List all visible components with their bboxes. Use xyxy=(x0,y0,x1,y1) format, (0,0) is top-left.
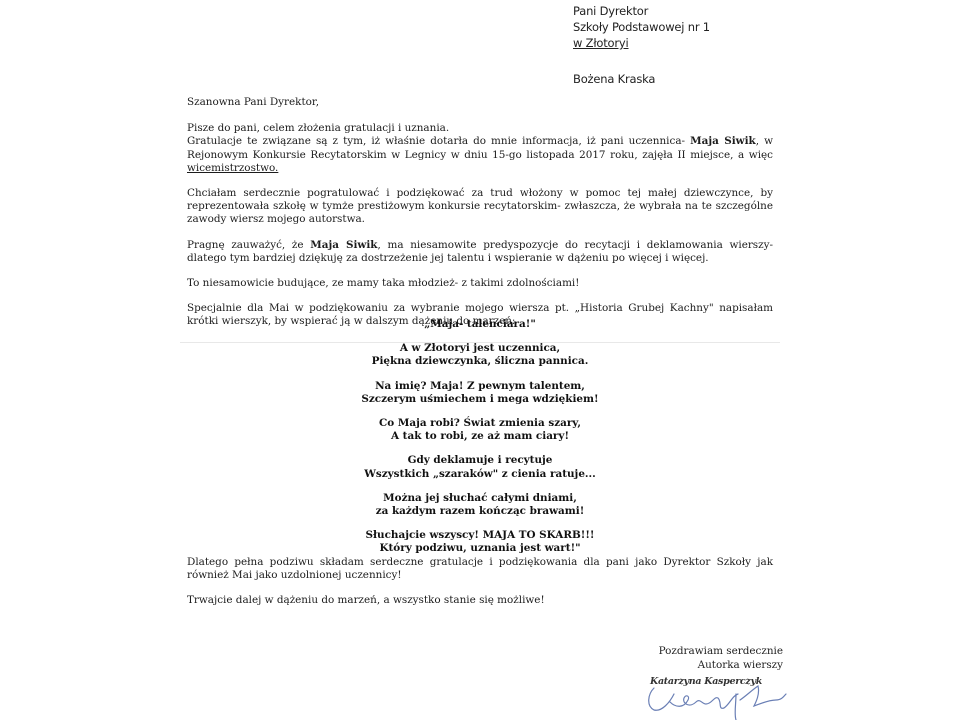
addressee-block: Pani Dyrektor Szkoły Podstawowej nr 1 w … xyxy=(573,3,710,87)
closing-paragraph-1: Dlatego pełna podziwu składam serdeczne … xyxy=(187,556,773,582)
poem-line: Słuchajcie wszyscy! MAJA TO SKARB!!! xyxy=(230,529,730,542)
poem-line: Co Maja robi? Świat zmienia szary, xyxy=(230,417,730,430)
signoff: Pozdrawiam serdecznie Autorka wierszy xyxy=(633,645,783,672)
poem-stanza: A w Złotoryi jest uczennica, Piękna dzie… xyxy=(230,342,730,368)
addressee-line-3: w Złotoryi xyxy=(573,35,710,51)
poem-line: A w Złotoryi jest uczennica, xyxy=(230,342,730,355)
paragraph-4: To niesamowicie budujące, ze mamy taka m… xyxy=(187,277,773,290)
poem-stanza: Na imię? Maja! Z pewnym talentem, Szczer… xyxy=(230,380,730,406)
poem-line: Piękna dziewczynka, śliczna pannica. xyxy=(230,355,730,368)
poem-line: Wszystkich „szaraków" z cienia ratuje... xyxy=(230,468,730,481)
paragraph-1: Pisze do pani, celem złożenia gratulacji… xyxy=(187,122,773,175)
letter-body: Szanowna Pani Dyrektor, Pisze do pani, c… xyxy=(187,96,773,341)
p1-opening: Pisze do pani, celem złożenia gratulacji… xyxy=(187,122,449,134)
p3-text-a: Pragnę zauważyć, że xyxy=(187,239,310,251)
student-name-2: Maja Siwik xyxy=(310,239,377,251)
poem-stanza: Gdy deklamuje i recytuje Wszystkich „sza… xyxy=(230,454,730,480)
signoff-role: Autorka wierszy xyxy=(633,659,783,673)
poem-line: Na imię? Maja! Z pewnym talentem, xyxy=(230,380,730,393)
poem-title: „Maja- talenciara!" xyxy=(230,318,730,331)
salutation: Szanowna Pani Dyrektor, xyxy=(187,96,773,109)
handwritten-signature-icon xyxy=(640,680,800,720)
award-title: wicemistrzostwo. xyxy=(187,162,278,174)
poem-line: Gdy deklamuje i recytuje xyxy=(230,454,730,467)
poem-line: Można jej słuchać całymi dniami, xyxy=(230,492,730,505)
sender-name: Bożena Kraska xyxy=(573,71,710,87)
paragraph-3: Pragnę zauważyć, że Maja Siwik, ma niesa… xyxy=(187,239,773,265)
letter-page: Pani Dyrektor Szkoły Podstawowej nr 1 w … xyxy=(0,0,960,720)
poem-line: za każdym razem kończąc brawami! xyxy=(230,505,730,518)
poem-stanza: Można jej słuchać całymi dniami, za każd… xyxy=(230,492,730,518)
p1-text-a: Gratulacje te związane są z tym, iż właś… xyxy=(187,135,690,147)
poem-line: Który podziwu, uznania jest wart!" xyxy=(230,542,730,555)
addressee-line-2: Szkoły Podstawowej nr 1 xyxy=(573,19,710,35)
signoff-greeting: Pozdrawiam serdecznie xyxy=(633,645,783,659)
addressee-line-1: Pani Dyrektor xyxy=(573,3,710,19)
paragraph-2: Chciałam serdecznie pogratulować i podzi… xyxy=(187,187,773,227)
poem-line: Szczerym uśmiechem i mega wdziękiem! xyxy=(230,393,730,406)
poem-stanza: Słuchajcie wszyscy! MAJA TO SKARB!!! Któ… xyxy=(230,529,730,555)
closing-paragraph-2: Trwajcie dalej w dążeniu do marzeń, a ws… xyxy=(187,594,773,607)
poem-line: A tak to robi, ze aż mam ciary! xyxy=(230,430,730,443)
student-name: Maja Siwik xyxy=(690,135,756,147)
poem: „Maja- talenciara!" A w Złotoryi jest uc… xyxy=(230,318,730,567)
closing-paragraphs: Dlatego pełna podziwu składam serdeczne … xyxy=(187,556,773,620)
poem-stanza: Co Maja robi? Świat zmienia szary, A tak… xyxy=(230,417,730,443)
